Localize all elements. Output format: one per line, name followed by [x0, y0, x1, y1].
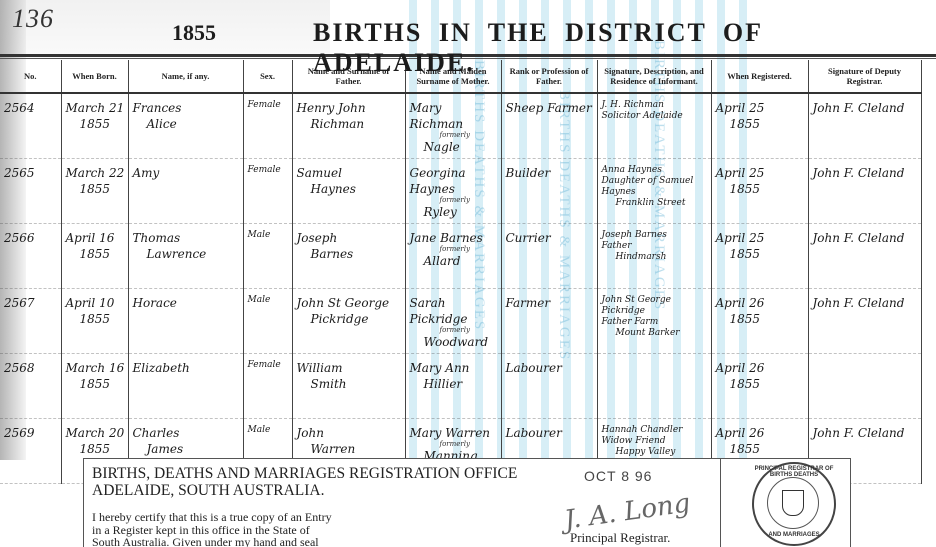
- birth-date-year: 1855: [66, 246, 125, 262]
- child-first-name: Amy: [133, 166, 160, 180]
- mother-name: Mary AnnHillier: [405, 354, 501, 419]
- informant: Anna HaynesDaughter of Samuel HaynesFran…: [597, 159, 711, 224]
- table-row: 2568 March 161855 Elizabeth Female Willi…: [0, 354, 921, 419]
- mother-maiden-name: Ryley: [410, 204, 498, 220]
- father-name: SamuelHaynes: [292, 159, 405, 224]
- informant-signature: John St George Pickridge: [602, 295, 671, 316]
- birth-date-year: 1855: [66, 441, 125, 457]
- coat-of-arms-icon: [782, 490, 804, 516]
- father-given-names: Joseph: [297, 231, 338, 245]
- father-surname: Warren: [297, 441, 402, 457]
- table-row: 2567 April 101855 Horace Male John St Ge…: [0, 289, 921, 354]
- mother-married-name: Sarah Pickridge: [410, 296, 468, 326]
- certification-box: BIRTHS, DEATHS AND MARRIAGES REGISTRATIO…: [83, 458, 721, 547]
- registration-day: April 26: [716, 426, 765, 440]
- birth-date-day: April 10: [66, 296, 115, 310]
- father-surname: Smith: [297, 376, 402, 392]
- child-first-name: Charles: [133, 426, 180, 440]
- sex: Male: [243, 289, 292, 354]
- mother-maiden-name: Hillier: [410, 376, 498, 392]
- table-row: 2565 March 221855 Amy Female SamuelHayne…: [0, 159, 921, 224]
- birth-date-year: 1855: [66, 116, 125, 132]
- informant-residence: Mount Barker: [602, 328, 708, 339]
- registration-day: April 25: [716, 166, 765, 180]
- informant-residence: Hindmarsh: [602, 252, 708, 263]
- mother-married-name: Jane Barnes: [410, 231, 483, 245]
- informant-description: Solicitor Adelaide: [602, 111, 683, 121]
- informant-description: Father Farm: [602, 317, 659, 327]
- registration-day: April 25: [716, 101, 765, 115]
- father-name: JosephBarnes: [292, 224, 405, 289]
- child-name: Amy: [128, 159, 243, 224]
- formerly-label: formerly: [410, 132, 498, 139]
- child-name: FrancesAlice: [128, 93, 243, 159]
- informant-signature: Hannah Chandler: [602, 425, 683, 435]
- sex: Female: [243, 354, 292, 419]
- sex: Male: [243, 224, 292, 289]
- birth-date-day: March 22: [66, 166, 125, 180]
- father-surname: Haynes: [297, 181, 402, 197]
- entry-number: 2567: [0, 289, 61, 354]
- informant-description: Daughter of Samuel Haynes: [602, 176, 694, 197]
- date-stamp: OCT 8 96: [584, 468, 652, 484]
- father-surname: Pickridge: [297, 311, 402, 327]
- entry-number: 2566: [0, 224, 61, 289]
- registration-date: April 251855: [711, 93, 808, 159]
- child-name: Elizabeth: [128, 354, 243, 419]
- child-first-name: Elizabeth: [133, 361, 190, 375]
- birth-date-day: April 16: [66, 231, 115, 245]
- informant-description: Widow Friend: [602, 436, 666, 446]
- child-first-name: Frances: [133, 101, 182, 115]
- child-second-name: James: [133, 441, 240, 457]
- column-header-name: Name, if any.: [128, 60, 243, 93]
- formerly-label: formerly: [410, 197, 498, 204]
- father-profession: Labourer: [501, 354, 597, 419]
- father-profession: Builder: [501, 159, 597, 224]
- registration-day: April 26: [716, 296, 765, 310]
- mother-name: Georgina HaynesformerlyRyley: [405, 159, 501, 224]
- registrar-signature: J. A. Long: [563, 488, 692, 535]
- child-first-name: Thomas: [133, 231, 181, 245]
- mother-married-name: Mary Warren: [410, 426, 491, 440]
- table-row: 2566 April 161855 ThomasLawrence Male Jo…: [0, 224, 921, 289]
- registration-year: 1855: [716, 246, 805, 262]
- father-profession: Farmer: [501, 289, 597, 354]
- certification-statement: I hereby certify that this is a true cop…: [92, 511, 332, 547]
- birth-date: March 211855: [61, 93, 128, 159]
- mother-maiden-name: Woodward: [410, 334, 498, 350]
- table-row: 2564 March 211855 FrancesAlice Female He…: [0, 93, 921, 159]
- column-header-sex: Sex.: [243, 60, 292, 93]
- registration-year: 1855: [716, 441, 805, 457]
- registration-date: April 261855: [711, 354, 808, 419]
- registration-year: 1855: [716, 116, 805, 132]
- office-location: ADELAIDE, SOUTH AUSTRALIA.: [92, 482, 325, 499]
- father-surname: Barnes: [297, 246, 402, 262]
- deputy-registrar-signature: John F. Cleland: [808, 224, 921, 289]
- deputy-registrar-signature: John F. Cleland: [808, 289, 921, 354]
- child-second-name: Alice: [133, 116, 240, 132]
- child-first-name: Horace: [133, 296, 177, 310]
- child-second-name: Lawrence: [133, 246, 240, 262]
- birth-date: April 161855: [61, 224, 128, 289]
- mother-maiden-name: Nagle: [410, 139, 498, 155]
- father-given-names: Samuel: [297, 166, 342, 180]
- registration-day: April 25: [716, 231, 765, 245]
- mother-name: Mary RichmanformerlyNagle: [405, 93, 501, 159]
- page-number: 136: [12, 4, 54, 34]
- column-header-when-born: When Born.: [61, 60, 128, 93]
- mother-name: Jane BarnesformerlyAllard: [405, 224, 501, 289]
- registration-year: 1855: [716, 311, 805, 327]
- child-name: Horace: [128, 289, 243, 354]
- informant-residence: Happy Valley: [602, 447, 708, 458]
- informant-residence: Franklin Street: [602, 198, 708, 209]
- father-name: Henry JohnRichman: [292, 93, 405, 159]
- registration-year: 1855: [716, 376, 805, 392]
- registration-office-heading: BIRTHS, DEATHS AND MARRIAGES REGISTRATIO…: [92, 465, 517, 499]
- entry-number: 2564: [0, 93, 61, 159]
- registration-date: April 261855: [711, 289, 808, 354]
- formerly-label: formerly: [410, 327, 498, 334]
- deputy-registrar-signature: John F. Cleland: [808, 93, 921, 159]
- birth-date: April 101855: [61, 289, 128, 354]
- informant-description: Father: [602, 241, 632, 251]
- mother-married-name: Mary Richman: [410, 101, 464, 131]
- mother-maiden-name: Allard: [410, 253, 498, 269]
- registration-year: 1855: [716, 181, 805, 197]
- informant-signature: Anna Haynes: [602, 165, 662, 175]
- deputy-registrar-signature: John F. Cleland: [808, 159, 921, 224]
- father-profession: Currier: [501, 224, 597, 289]
- birth-date: March 221855: [61, 159, 128, 224]
- father-given-names: John: [297, 426, 325, 440]
- birth-date-year: 1855: [66, 376, 125, 392]
- birth-date-year: 1855: [66, 181, 125, 197]
- father-profession: Sheep Farmer: [501, 93, 597, 159]
- birth-date-year: 1855: [66, 311, 125, 327]
- office-name: BIRTHS, DEATHS AND MARRIAGES REGISTRATIO…: [92, 465, 517, 482]
- register-title: BIRTHS IN THE DISTRICT OF ADELAIDE.: [313, 18, 936, 78]
- informant-signature: Joseph Barnes: [602, 230, 667, 240]
- registration-day: April 26: [716, 361, 765, 375]
- father-given-names: William: [297, 361, 343, 375]
- birth-date-day: March 20: [66, 426, 125, 440]
- seal-text-bottom: AND MARRIAGES: [754, 532, 834, 538]
- mother-name: Sarah PickridgeformerlyWoodward: [405, 289, 501, 354]
- birth-date-day: March 21: [66, 101, 125, 115]
- entry-number: 2568: [0, 354, 61, 419]
- informant-signature: J. H. Richman: [602, 100, 664, 110]
- mother-married-name: Mary Ann: [410, 361, 470, 375]
- informant: John St George PickridgeFather FarmMount…: [597, 289, 711, 354]
- father-surname: Richman: [297, 116, 402, 132]
- formerly-label: formerly: [410, 441, 498, 448]
- registration-date: April 251855: [711, 224, 808, 289]
- registration-date: April 251855: [711, 159, 808, 224]
- father-name: John St GeorgePickridge: [292, 289, 405, 354]
- registrar-title: Principal Registrar.: [570, 530, 670, 546]
- father-given-names: Henry John: [297, 101, 366, 115]
- father-name: WilliamSmith: [292, 354, 405, 419]
- mother-married-name: Georgina Haynes: [410, 166, 466, 196]
- entry-number: 2569: [0, 419, 61, 484]
- entry-number: 2565: [0, 159, 61, 224]
- births-register-table: No. When Born. Name, if any. Sex. Name a…: [0, 60, 922, 484]
- father-given-names: John St George: [297, 296, 390, 310]
- birth-date-day: March 16: [66, 361, 125, 375]
- deputy-registrar-signature: [808, 354, 921, 419]
- sex: Female: [243, 93, 292, 159]
- child-name: ThomasLawrence: [128, 224, 243, 289]
- informant: [597, 354, 711, 419]
- sex: Female: [243, 159, 292, 224]
- informant: Joseph BarnesFatherHindmarsh: [597, 224, 711, 289]
- certification-line: South Australia. Given under my hand and…: [92, 535, 319, 547]
- registrar-seal-icon: PRINCIPAL REGISTRAR OF BIRTHS DEATHS AND…: [752, 462, 836, 546]
- register-year: 1855: [172, 20, 216, 46]
- birth-date: March 161855: [61, 354, 128, 419]
- formerly-label: formerly: [410, 246, 498, 253]
- informant: J. H. RichmanSolicitor Adelaide: [597, 93, 711, 159]
- column-header-no: No.: [0, 60, 61, 93]
